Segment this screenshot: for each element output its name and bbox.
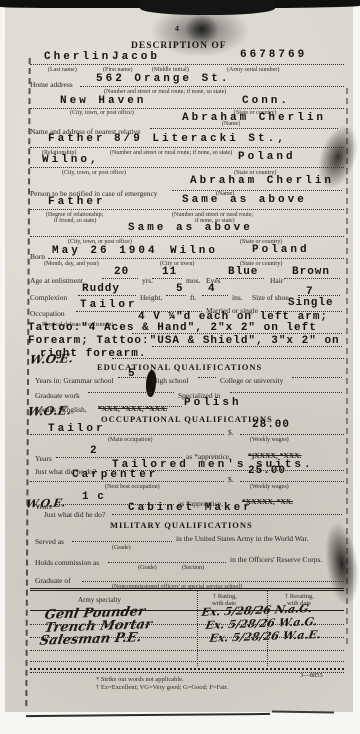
heading-educational: EDUCATIONAL QUALIFICATIONS <box>97 362 262 372</box>
dotted-line <box>152 346 342 347</box>
label-graduate-work: Graduate work <box>35 391 80 400</box>
label-college: College or university <box>220 376 283 385</box>
sublabel-relative-city: (City, town, or post office) <box>62 170 126 176</box>
label-hair: Hair <box>270 276 283 285</box>
sublabel-relative-street: (Number and street or rural route; if no… <box>110 150 232 156</box>
field-hair: Brown <box>292 266 330 278</box>
field-eyes: Blue <box>228 266 258 278</box>
label-shoe: Size of shoe <box>252 293 289 302</box>
handwritten-note-woe-1: W.O.E. <box>29 351 75 366</box>
handwritten-note-woe-2: W.O.E. <box>27 403 73 418</box>
sublabel-grade-1: (Grade) <box>112 545 131 551</box>
dotted-line <box>240 434 344 435</box>
field-emergency-relationship: Father <box>48 196 106 208</box>
field-relative-street: 8/9 Literacki St., <box>114 133 287 145</box>
heading-military: MILITARY QUALIFICATIONS <box>110 520 253 530</box>
dotted-line <box>30 209 344 210</box>
page-title: DESCRIPTION OF <box>131 41 227 51</box>
dotted-line <box>88 392 174 393</box>
table-header-specialty: Army specialty <box>78 596 121 604</box>
dotted-line <box>118 377 146 378</box>
table-header-rerating-1: † Rerating, <box>285 593 314 600</box>
label-high-school: High school <box>152 376 188 385</box>
dotted-line <box>292 377 342 378</box>
label-graduate-of: Graduate of <box>35 576 71 585</box>
dotted-line <box>132 333 342 334</box>
field-first-name: Jacob <box>112 51 160 63</box>
field-home-city: New Haven <box>60 95 146 107</box>
dotted-line <box>230 392 342 393</box>
dotted-line <box>72 541 172 542</box>
table-bottom-border-1 <box>30 668 344 670</box>
dotted-line <box>30 650 344 651</box>
label-commission: Holds commission as <box>35 558 99 567</box>
bottom-scan-line-2 <box>272 710 334 713</box>
dotted-line <box>30 108 344 109</box>
dotted-line <box>202 295 228 296</box>
field-age-months: 11 <box>162 266 177 278</box>
bottom-scan-line-1 <box>26 713 270 717</box>
sublabel-main-occupation: (Main occupation) <box>108 437 152 443</box>
dotted-line <box>98 406 182 407</box>
field-relative-relationship: Father <box>48 133 106 145</box>
heading-occupational: OCCUPATIONAL QUALIFICATIONS <box>101 414 273 424</box>
field-emergency-city: Same as above <box>128 222 253 234</box>
label-complexion: Complexion <box>30 293 67 302</box>
dotted-line <box>216 278 264 279</box>
label-years-1: Years <box>35 454 52 463</box>
dotted-line <box>284 278 340 279</box>
dotted-line <box>56 457 182 458</box>
dotted-line <box>30 147 344 148</box>
field-last-name: Cherlin <box>44 51 111 63</box>
label-dollar-1: $. <box>228 428 234 437</box>
dotted-line <box>78 295 136 296</box>
dotted-line <box>76 311 202 312</box>
dotted-line <box>108 562 226 563</box>
table-column-divider-1 <box>197 590 198 666</box>
field-relative-state: Poland <box>238 151 296 163</box>
field-next-wage: 25.00 <box>248 465 286 477</box>
field-complexion: Ruddy <box>82 283 120 295</box>
dotted-line <box>30 481 224 482</box>
field-emergency-street: Same as above <box>182 194 307 206</box>
field-age-years: 20 <box>114 266 129 278</box>
scan-smudge-dark <box>185 14 219 44</box>
dotted-line <box>30 637 344 638</box>
table-top-border <box>30 588 344 591</box>
label-served-suffix: in the United States Army in the World W… <box>176 534 308 543</box>
field-home-state: Conn. <box>242 95 290 107</box>
label-dollar-2: $. <box>228 475 234 484</box>
label-serial-number: (Army serial number) <box>227 67 279 73</box>
dotted-line <box>106 470 344 471</box>
field-emergency-name: Abraham Cherlin <box>190 175 334 187</box>
dotted-line <box>112 358 344 359</box>
table-bottom-border-2 <box>30 672 344 673</box>
label-what-did-2: Just what did he do? <box>44 510 105 519</box>
footnote-rating-key: † Ex=Excellent; VG=Very good; G=Good; F=… <box>96 684 228 691</box>
dotted-line <box>152 278 182 279</box>
sublabel-born-date: (Month, day, and year) <box>44 261 99 267</box>
dotted-line <box>166 295 186 296</box>
dotted-line <box>30 624 344 625</box>
dotted-line <box>240 481 344 482</box>
sublabel-weekly-wages-2: (Weekly wages) <box>250 484 289 490</box>
field-born-country: Poland <box>252 244 310 256</box>
label-occupation: Occupation <box>30 309 65 318</box>
field-home-street: 562 Orange St. <box>96 73 230 85</box>
field-years-2: 1 c <box>82 491 105 503</box>
label-home-address: Home address <box>30 80 73 89</box>
label-age: Age at enlistment <box>30 276 83 285</box>
field-serial-number: 6678769 <box>240 49 307 61</box>
dotted-line <box>150 128 338 129</box>
sublabel-next-occupation: (Next best occupation) <box>105 484 160 490</box>
dotted-line <box>172 190 342 191</box>
form-number: 3—8855 <box>300 672 323 679</box>
label-ft: ft. <box>190 293 196 302</box>
label-last-name: (Last name) <box>48 67 77 73</box>
sublabel-relative-name: (Name) <box>222 121 240 127</box>
field-occupation: Tailor <box>80 299 138 311</box>
table-header-rating-1: † Rating, <box>213 593 237 600</box>
field-married: Single <box>288 297 334 309</box>
label-grammar-school: Years in: Grammar school <box>35 376 114 385</box>
scanned-document-page: 4 DESCRIPTION OF Cherlin Jacob 6678769 (… <box>0 0 360 734</box>
field-main-wage: 28.00 <box>252 419 290 431</box>
footnote-strike-out: * Strike out words not applicable. <box>96 676 184 683</box>
dotted-line <box>102 278 138 279</box>
sublabel-home-city: (City, town, or post office) <box>70 110 134 116</box>
dotted-line <box>30 661 344 662</box>
label-born: Born <box>30 252 45 261</box>
dotted-line <box>80 86 344 87</box>
label-commission-suffix: in the Officers' Reserve Corps. <box>230 555 322 564</box>
dotted-line <box>30 236 344 237</box>
dotted-line <box>56 504 174 505</box>
field-grammar-years: 5 <box>128 368 136 380</box>
dotted-line <box>30 434 224 435</box>
field-height-in: 4 <box>208 283 216 295</box>
field-height-ft: 5 <box>176 283 184 295</box>
sublabel-section: (Section) <box>182 565 204 571</box>
label-ins: ins. <box>232 293 243 302</box>
label-mos: mos. <box>186 276 200 285</box>
label-height: Height, <box>140 293 162 302</box>
label-served-as: Served as <box>35 537 64 546</box>
sublabel-grade-2: (Grade) <box>138 565 157 571</box>
field-years-1: 2 <box>90 445 98 457</box>
dotted-line <box>262 311 342 312</box>
dotted-line <box>298 295 340 296</box>
sublabel-emergency-rel-2: if friend, so state) <box>54 218 96 224</box>
dotted-line <box>30 64 344 65</box>
dotted-line <box>82 581 344 582</box>
page-number: 4 <box>175 24 179 33</box>
dotted-line <box>112 514 342 515</box>
dotted-line <box>198 377 216 378</box>
field-born-date: May 26 1904 <box>52 245 158 257</box>
field-relative-city: Wilno, <box>42 154 100 166</box>
dotted-line <box>30 167 344 168</box>
field-speaks-language: Polish <box>184 397 242 409</box>
field-relative-name: Abraham Cherlin <box>182 112 326 124</box>
dotted-line <box>48 258 344 259</box>
sublabel-weekly-wages-1: (Weekly wages) <box>250 437 289 443</box>
field-born-city: Wilno <box>170 245 218 257</box>
